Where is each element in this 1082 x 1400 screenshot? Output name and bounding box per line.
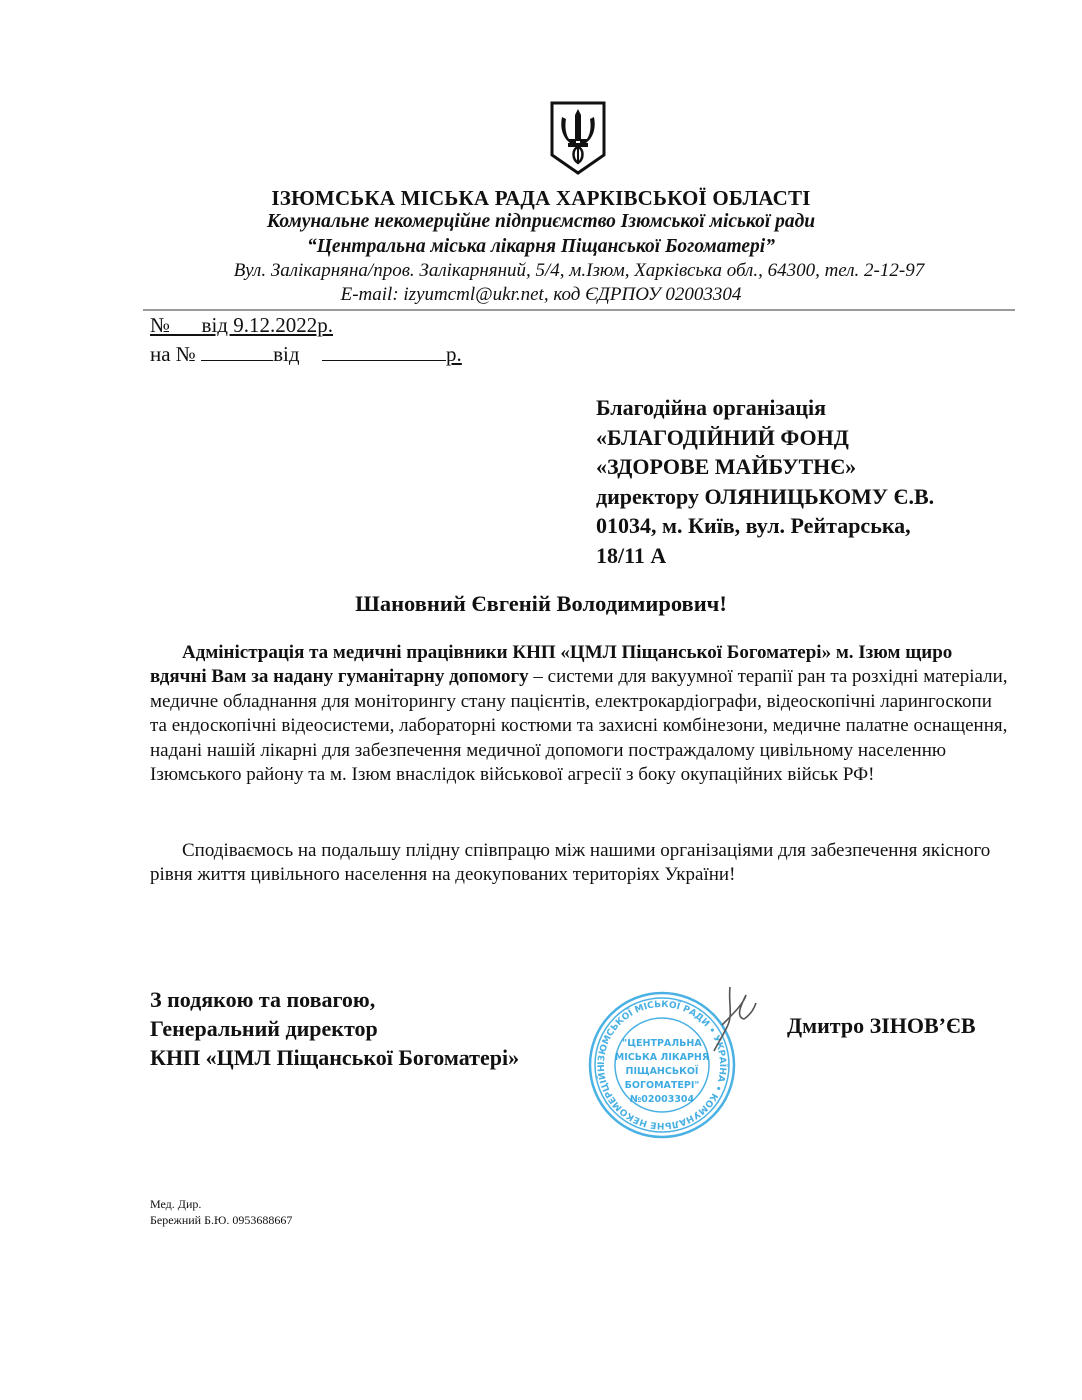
incoming-number-blank [201,341,273,361]
salutation: Шановний Євгеній Володимирович! [0,591,1082,617]
closing-block: З подякою та повагою, Генеральний директ… [150,985,519,1072]
closing-position: Генеральний директор [150,1014,519,1043]
svg-text:МІСЬКА ЛІКАРНЯ: МІСЬКА ЛІКАРНЯ [615,1052,709,1063]
cooperation-text: Сподіваємось на подальшу плідну співпрац… [150,840,990,885]
addressee-block: Благодійна організація «БЛАГОДІЙНИЙ ФОНД… [596,393,934,570]
cooperation-paragraph: Сподіваємось на подальшу плідну співпрац… [150,839,1012,888]
coat-of-arms-icon [548,99,608,177]
incoming-prefix: на № [150,342,201,366]
signer-name: Дмитро ЗІНОВ’ЄВ [787,1013,976,1039]
footer-name-phone: Бережний Б.Ю. 0953688667 [150,1213,292,1229]
addressee-line: Благодійна організація [596,393,934,423]
header-divider [143,309,1015,311]
footer-contact: Мед. Дир. Бережний Б.Ю. 0953688667 [150,1197,292,1228]
enterprise-name: Комунальне некомерційне підприємство Ізю… [0,211,1082,233]
svg-text:"ЦЕНТРАЛЬНА: "ЦЕНТРАЛЬНА [622,1038,702,1049]
signature-icon [700,985,770,1055]
addressee-line: 18/11 А [596,541,934,571]
closing-regards: З подякою та повагою, [150,985,519,1014]
gratitude-paragraph: Адміністрація та медичні працівники КНП … [150,641,1012,787]
footer-role: Мед. Дир. [150,1197,292,1213]
incoming-reference: на № від р. [150,341,462,367]
organization-name: ІЗЮМСЬКА МІСЬКА РАДА ХАРКІВСЬКОЇ ОБЛАСТІ [0,186,1082,211]
addressee-line: «ЗДОРОВЕ МАЙБУТНЄ» [596,452,934,482]
svg-text:БОГОМАТЕРІ": БОГОМАТЕРІ" [625,1080,700,1091]
closing-organization: КНП «ЦМЛ Піщанської Богоматері» [150,1043,519,1072]
addressee-line: «БЛАГОДІЙНИЙ ФОНД [596,423,934,453]
incoming-date-blank [322,341,446,361]
svg-text:ПІЩАНСЬКОЇ: ПІЩАНСЬКОЇ [626,1066,699,1077]
addressee-line: 01034, м. Київ, вул. Рейтарська, [596,511,934,541]
outgoing-reference: № від 9.12.2022р. [150,313,333,338]
hospital-address: Вул. Залікарняна/пров. Залікарняний, 5/4… [38,260,1082,282]
hospital-contacts: E-mail: izyumcml@ukr.net, код ЄДРПОУ 020… [0,284,1082,306]
addressee-line: директору ОЛЯНИЦЬКОМУ Є.В. [596,482,934,512]
svg-text:№02003304: №02003304 [630,1094,695,1105]
hospital-name: “Центральна міська лікарня Піщанської Бо… [0,236,1082,258]
incoming-mid: від [273,342,310,366]
incoming-suffix: р. [446,342,462,366]
